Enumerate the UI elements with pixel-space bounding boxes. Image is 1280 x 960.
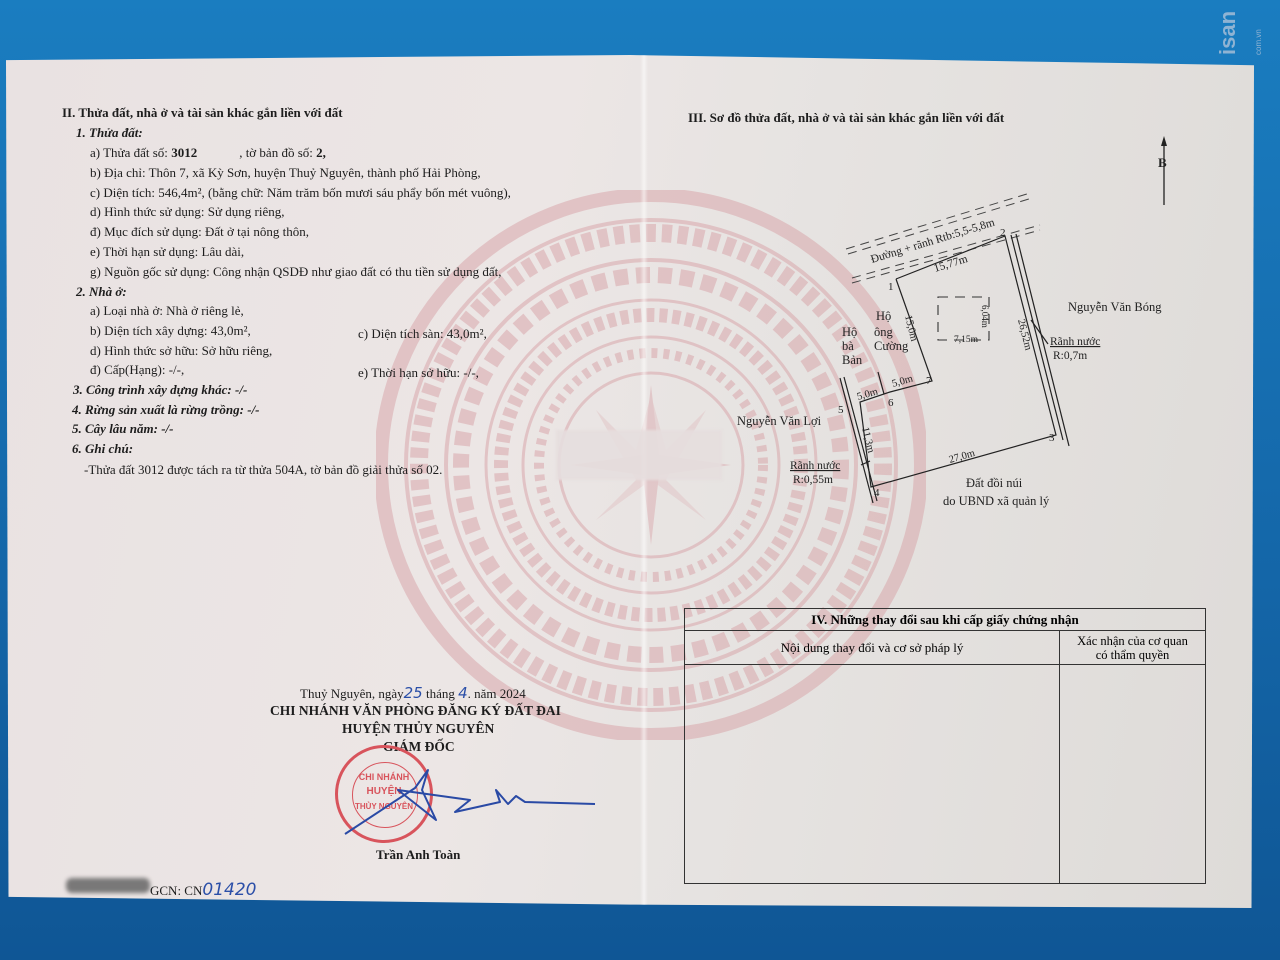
col-change-content: Nội dung thay đổi và cơ sở pháp lý [685, 631, 1060, 664]
changes-table-title: IV. Những thay đổi sau khi cấp giấy chứn… [685, 609, 1205, 631]
svg-text:11,3m: 11,3m [859, 426, 876, 454]
svg-text:Cường: Cường [874, 339, 909, 353]
svg-text:4: 4 [874, 487, 880, 499]
svg-text:Hộ: Hộ [842, 325, 857, 339]
svg-text:15,77m: 15,77m [932, 253, 969, 275]
svg-text:2: 2 [1000, 227, 1006, 239]
svg-text:7,15m: 7,15m [954, 335, 979, 345]
svg-text:7: 7 [926, 375, 932, 387]
svg-text:5,0m: 5,0m [856, 386, 880, 402]
svg-text:27,0m: 27,0m [948, 448, 977, 466]
north-label: B [1158, 155, 1167, 170]
svg-text:Đất đồi núi: Đất đồi núi [966, 476, 1023, 490]
changes-table: IV. Những thay đổi sau khi cấp giấy chứn… [684, 608, 1206, 884]
site-watermark: isan com.vn [1215, 0, 1267, 55]
svg-text:ông: ông [874, 325, 894, 339]
changes-table-header: Nội dung thay đổi và cơ sở pháp lý Xác n… [685, 631, 1205, 665]
svg-text:bà: bà [842, 339, 854, 353]
svg-text:1: 1 [888, 281, 894, 293]
svg-text:Đường + rãnh Rtb:5,5-5,8m: Đường + rãnh Rtb:5,5-5,8m [869, 217, 996, 266]
watermark-text: isan [1215, 11, 1240, 55]
svg-text:do UBND xã quản lý: do UBND xã quản lý [943, 494, 1050, 508]
svg-text:Rãnh nước: Rãnh nước [1050, 336, 1100, 348]
svg-text:Nguyễn Văn Bóng: Nguyễn Văn Bóng [1068, 300, 1162, 314]
svg-text:Hộ: Hộ [876, 309, 891, 323]
svg-text:5: 5 [838, 404, 844, 416]
svg-text:3: 3 [1049, 432, 1055, 444]
svg-text:Nguyễn Văn Lợi: Nguyễn Văn Lợi [737, 414, 822, 428]
svg-text:6,04m: 6,04m [980, 305, 990, 328]
changes-table-body [685, 665, 1205, 883]
svg-text:26,52m: 26,52m [1015, 318, 1033, 352]
col2-line2: có thẩm quyền [1096, 648, 1170, 662]
change-content-cell [685, 665, 1060, 883]
svg-text:R:0,55m: R:0,55m [793, 474, 833, 486]
authority-cell [1060, 665, 1205, 883]
svg-text:Rãnh nước: Rãnh nước [790, 460, 840, 472]
col2-line1: Xác nhận của cơ quan [1077, 634, 1188, 648]
col-authority-confirmation: Xác nhận của cơ quancó thẩm quyền [1060, 631, 1205, 664]
svg-text:Bản: Bản [842, 353, 863, 367]
svg-text:R:0,7m: R:0,7m [1053, 350, 1087, 362]
svg-text:6: 6 [888, 397, 894, 409]
watermark-sub: com.vn [1254, 29, 1263, 55]
svg-text:5,0m: 5,0m [891, 373, 915, 389]
